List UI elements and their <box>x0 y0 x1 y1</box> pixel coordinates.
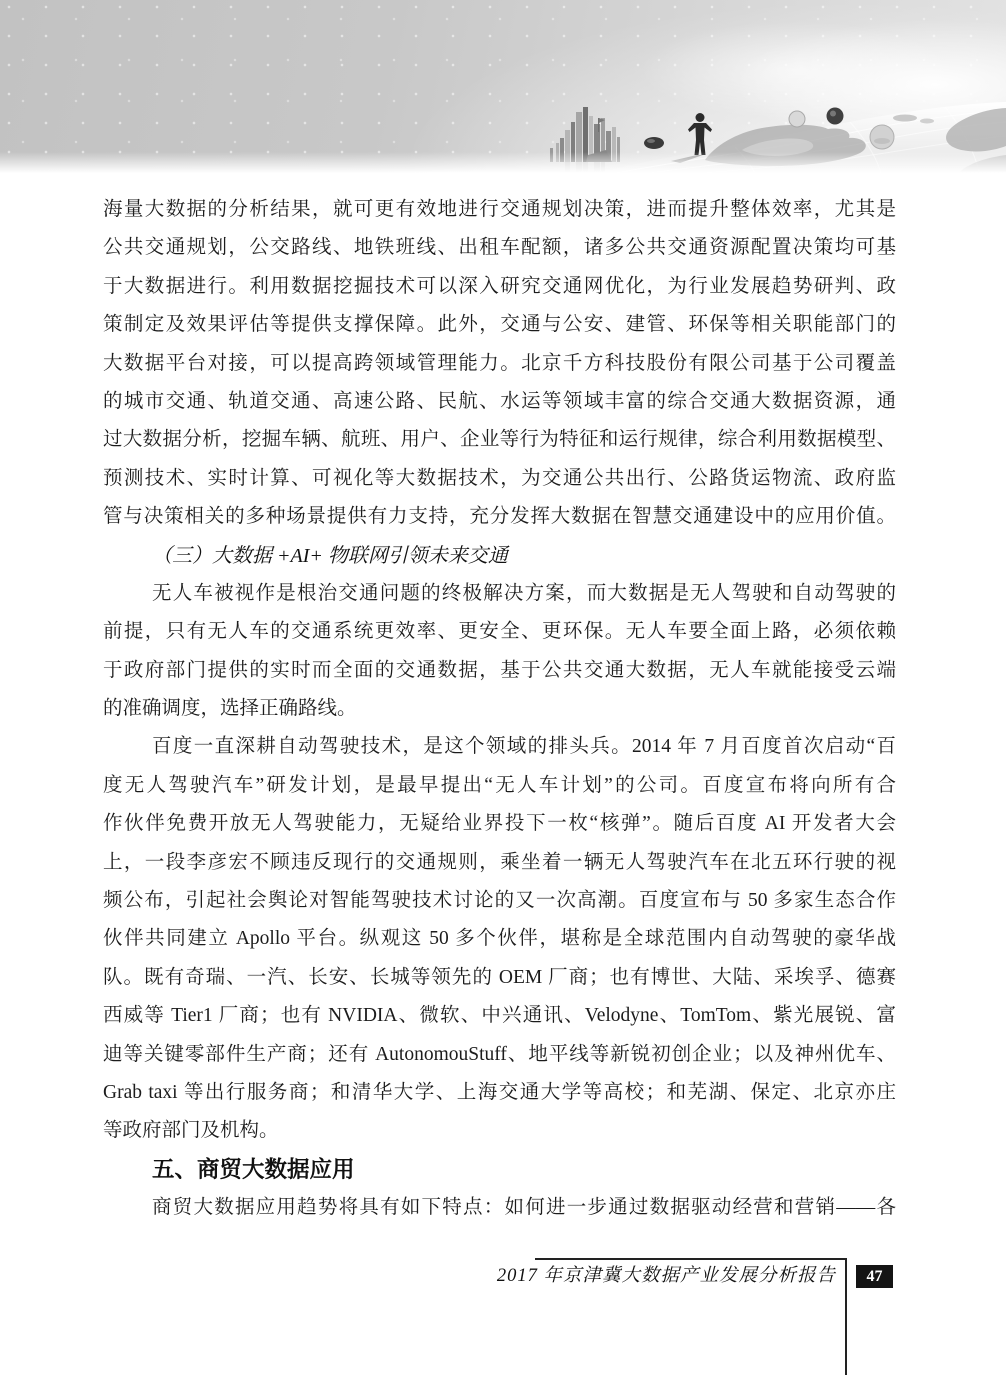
text-line: 迪等关键零部件生产商；还有 AutonomouStuff、地平线等新锐初创企业；… <box>103 1036 896 1074</box>
document-body: 海量大数据的分析结果，就可更有效地进行交通规划决策，进而提升整体效率，尤其是公共… <box>103 191 896 1228</box>
text-line: 百度一直深耕自动驾驶技术，是这个领域的排头兵。2014 年 7 月百度首次启动“… <box>103 728 896 766</box>
section-heading-commerce-big-data: 五、商贸大数据应用 <box>103 1151 896 1189</box>
paragraph-baidu-apollo: 百度一直深耕自动驾驶技术，是这个领域的排头兵。2014 年 7 月百度首次启动“… <box>103 728 896 1150</box>
text-line: 无人车被视作是根治交通问题的终极解决方案，而大数据是无人驾驶和自动驾驶的 <box>103 575 896 613</box>
text-line: 过大数据分析，挖掘车辆、航班、用户、企业等行为特征和运行规律，综合利用数据模型、 <box>103 421 896 459</box>
text-line: 大数据平台对接，可以提高跨领域管理能力。北京千方科技股份有限公司基于公司覆盖 <box>103 345 896 383</box>
text-line: 策制定及效果评估等提供支撑保障。此外，交通与公安、建管、环保等相关职能部门的 <box>103 306 896 344</box>
text-line: 伙伴共同建立 Apollo 平台。纵观这 50 多个伙伴，堪称是全球范围内自动驾… <box>103 920 896 958</box>
text-line: 预测技术、实时计算、可视化等大数据技术，为交通公共出行、公路货运物流、政府监 <box>103 460 896 498</box>
text-line: 公共交通规划，公交路线、地铁班线、出租车配额，诸多公共交通资源配置决策均可基 <box>103 229 896 267</box>
text-line: 海量大数据的分析结果，就可更有效地进行交通规划决策，进而提升整体效率，尤其是 <box>103 191 896 229</box>
page-number-badge: 47 <box>856 1265 893 1288</box>
text-line: 西威等 Tier1 厂商；也有 NVIDIA、微软、中兴通讯、Velodyne、… <box>103 997 896 1035</box>
text-line: 的城市交通、轨道交通、高速公路、民航、水运等领域丰富的综合交通大数据资源，通 <box>103 383 896 421</box>
paragraph-driverless-cars: 无人车被视作是根治交通问题的终极解决方案，而大数据是无人驾驶和自动驾驶的前提，只… <box>103 575 896 729</box>
footer-report-title: 2017 年京津冀大数据产业发展分析报告 <box>400 1263 836 1289</box>
text-line: 管与决策相关的多种场景提供有力支持，充分发挥大数据在智慧交通建设中的应用价值。 <box>103 498 896 536</box>
text-line: 于政府部门提供的实时而全面的交通数据，基于公共交通大数据，无人车就能接受云端 <box>103 652 896 690</box>
text-line: 频公布，引起社会舆论对智能驾驶技术讨论的又一次高潮。百度宣布与 50 多家生态合… <box>103 882 896 920</box>
text-line: Grab taxi 等出行服务商；和清华大学、上海交通大学等高校；和芜湖、保定、… <box>103 1074 896 1112</box>
text-line: 商贸大数据应用趋势将具有如下特点：如何进一步通过数据驱动经营和营销——各 <box>103 1189 896 1227</box>
paragraph-transport-analysis: 海量大数据的分析结果，就可更有效地进行交通规划决策，进而提升整体效率，尤其是公共… <box>103 191 896 537</box>
text-line: 队。既有奇瑞、一汽、长安、长城等领先的 OEM 厂商；也有博世、大陆、采埃孚、德… <box>103 959 896 997</box>
header-banner <box>0 0 1006 176</box>
text-line: 前提，只有无人车的交通系统更效率、更安全、更环保。无人车要全面上路，必须依赖 <box>103 613 896 651</box>
footer-vertical-rule <box>845 1258 847 1375</box>
text-line: 上，一段李彦宏不顾违反现行的交通规则，乘坐着一辆无人驾驶汽车在北五环行驶的视 <box>103 844 896 882</box>
text-line: 的准确调度，选择正确路线。 <box>103 690 896 728</box>
banner-art <box>0 0 1006 176</box>
footer-horizontal-rule <box>535 1258 845 1260</box>
text-line: 度无人驾驶汽车”研发计划，是最早提出“无人车计划”的公司。百度宣布将向所有合 <box>103 767 896 805</box>
sub-heading-big-data-ai-iot: （三）大数据 +AI+ 物联网引领未来交通 <box>103 537 896 575</box>
text-line: 等政府部门及机构。 <box>103 1112 896 1150</box>
text-line: 作伙伴免费开放无人驾驶能力，无疑给业界投下一枚“核弹”。随后百度 AI 开发者大… <box>103 805 896 843</box>
banner-bottom-fade <box>0 152 1006 176</box>
paragraph-commerce-trends: 商贸大数据应用趋势将具有如下特点：如何进一步通过数据驱动经营和营销——各 <box>103 1189 896 1227</box>
text-line: 于大数据进行。利用数据挖掘技术可以深入研究交通网优化，为行业发展趋势研判、政 <box>103 268 896 306</box>
